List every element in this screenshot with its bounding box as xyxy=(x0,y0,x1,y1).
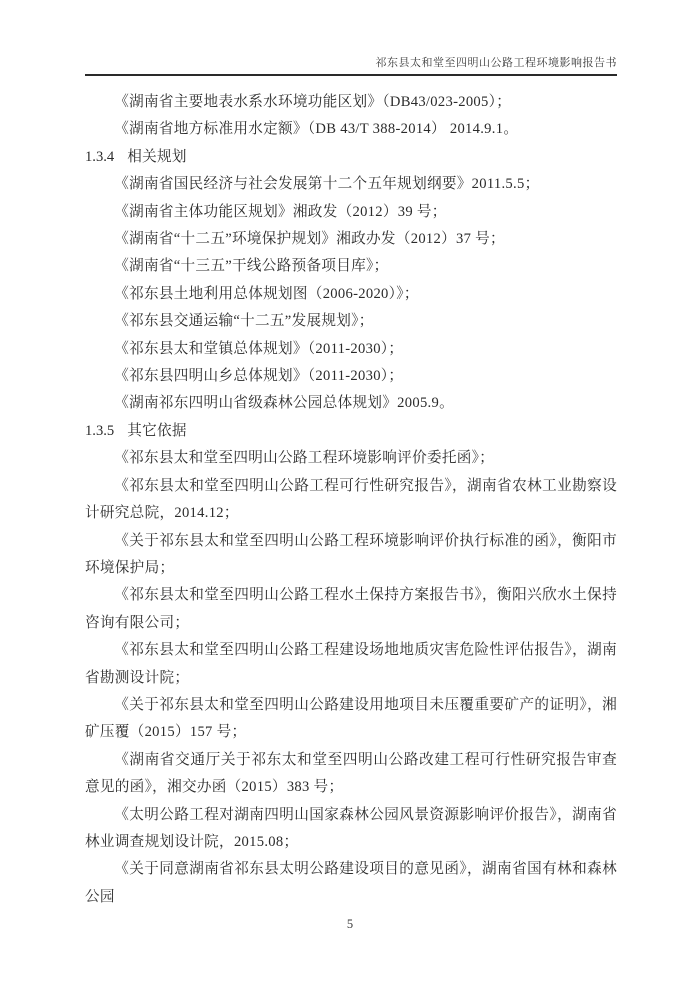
section-heading: 1.3.5其它依据 xyxy=(85,418,617,445)
reference-paragraph: 《湖南省“十二五”环境保护规划》湘政办发（2012）37 号； xyxy=(85,226,617,253)
reference-paragraph: 《关于祁东县太和堂至四明山公路工程环境影响评价执行标准的函》，衡阳市环境保护局； xyxy=(85,528,617,583)
section-number: 1.3.5 xyxy=(85,423,114,439)
section-title: 其它依据 xyxy=(127,423,187,439)
reference-paragraph: 《祁东县太和堂镇总体规划》（2011-2030）； xyxy=(85,336,617,363)
reference-paragraph: 《关于祁东县太和堂至四明山公路建设用地项目未压覆重要矿产的证明》，湘矿压覆（20… xyxy=(85,692,617,747)
reference-paragraph: 《湖南省“十三五”干线公路预备项目库》； xyxy=(85,253,617,280)
reference-paragraph: 《祁东县太和堂至四明山公路工程水土保持方案报告书》，衡阳兴欣水土保持咨询有限公司… xyxy=(85,582,617,637)
document-page: 祁东县太和堂至四明山公路工程环境影响报告书 《湖南省主要地表水系水环境功能区划》… xyxy=(0,0,700,990)
reference-paragraph: 《湖南祁东四明山省级森林公园总体规划》2005.9。 xyxy=(85,390,617,417)
reference-paragraph: 《祁东县太和堂至四明山公路工程可行性研究报告》，湖南省农林工业勘察设计研究总院，… xyxy=(85,473,617,528)
reference-paragraph: 《关于同意湖南省祁东县太明公路建设项目的意见函》，湖南省国有林和森林公园 xyxy=(85,856,617,911)
header-rule xyxy=(85,74,617,76)
section-title: 相关规划 xyxy=(127,149,187,165)
page-header-title: 祁东县太和堂至四明山公路工程环境影响报告书 xyxy=(85,54,617,70)
page-number: 5 xyxy=(0,917,700,932)
reference-paragraph: 《祁东县太和堂至四明山公路工程环境影响评价委托函》； xyxy=(85,445,617,472)
reference-paragraph: 《湖南省地方标准用水定额》（DB 43/T 388-2014） 2014.9.1… xyxy=(85,116,617,143)
reference-paragraph: 《湖南省主体功能区规划》湘政发（2012）39 号； xyxy=(85,199,617,226)
reference-paragraph: 《祁东县太和堂至四明山公路工程建设场地地质灾害危险性评估报告》，湖南省勘测设计院… xyxy=(85,637,617,692)
reference-paragraph: 《祁东县土地利用总体规划图（2006-2020）》； xyxy=(85,281,617,308)
reference-paragraph: 《湖南省交通厅关于祁东太和堂至四明山公路改建工程可行性研究报告审查意见的函》，湘… xyxy=(85,747,617,802)
section-heading: 1.3.4相关规划 xyxy=(85,144,617,171)
reference-paragraph: 《祁东县四明山乡总体规划》（2011-2030）； xyxy=(85,363,617,390)
reference-paragraph: 《祁东县交通运输“十二五”发展规划》； xyxy=(85,308,617,335)
reference-paragraph: 《湖南省主要地表水系水环境功能区划》（DB43/023-2005）； xyxy=(85,89,617,116)
reference-paragraph: 《湖南省国民经济与社会发展第十二个五年规划纲要》2011.5.5； xyxy=(85,171,617,198)
reference-paragraph: 《太明公路工程对湖南四明山国家森林公园风景资源影响评价报告》，湖南省林业调查规划… xyxy=(85,802,617,857)
section-number: 1.3.4 xyxy=(85,149,114,165)
document-body: 《湖南省主要地表水系水环境功能区划》（DB43/023-2005）；《湖南省地方… xyxy=(85,89,617,911)
